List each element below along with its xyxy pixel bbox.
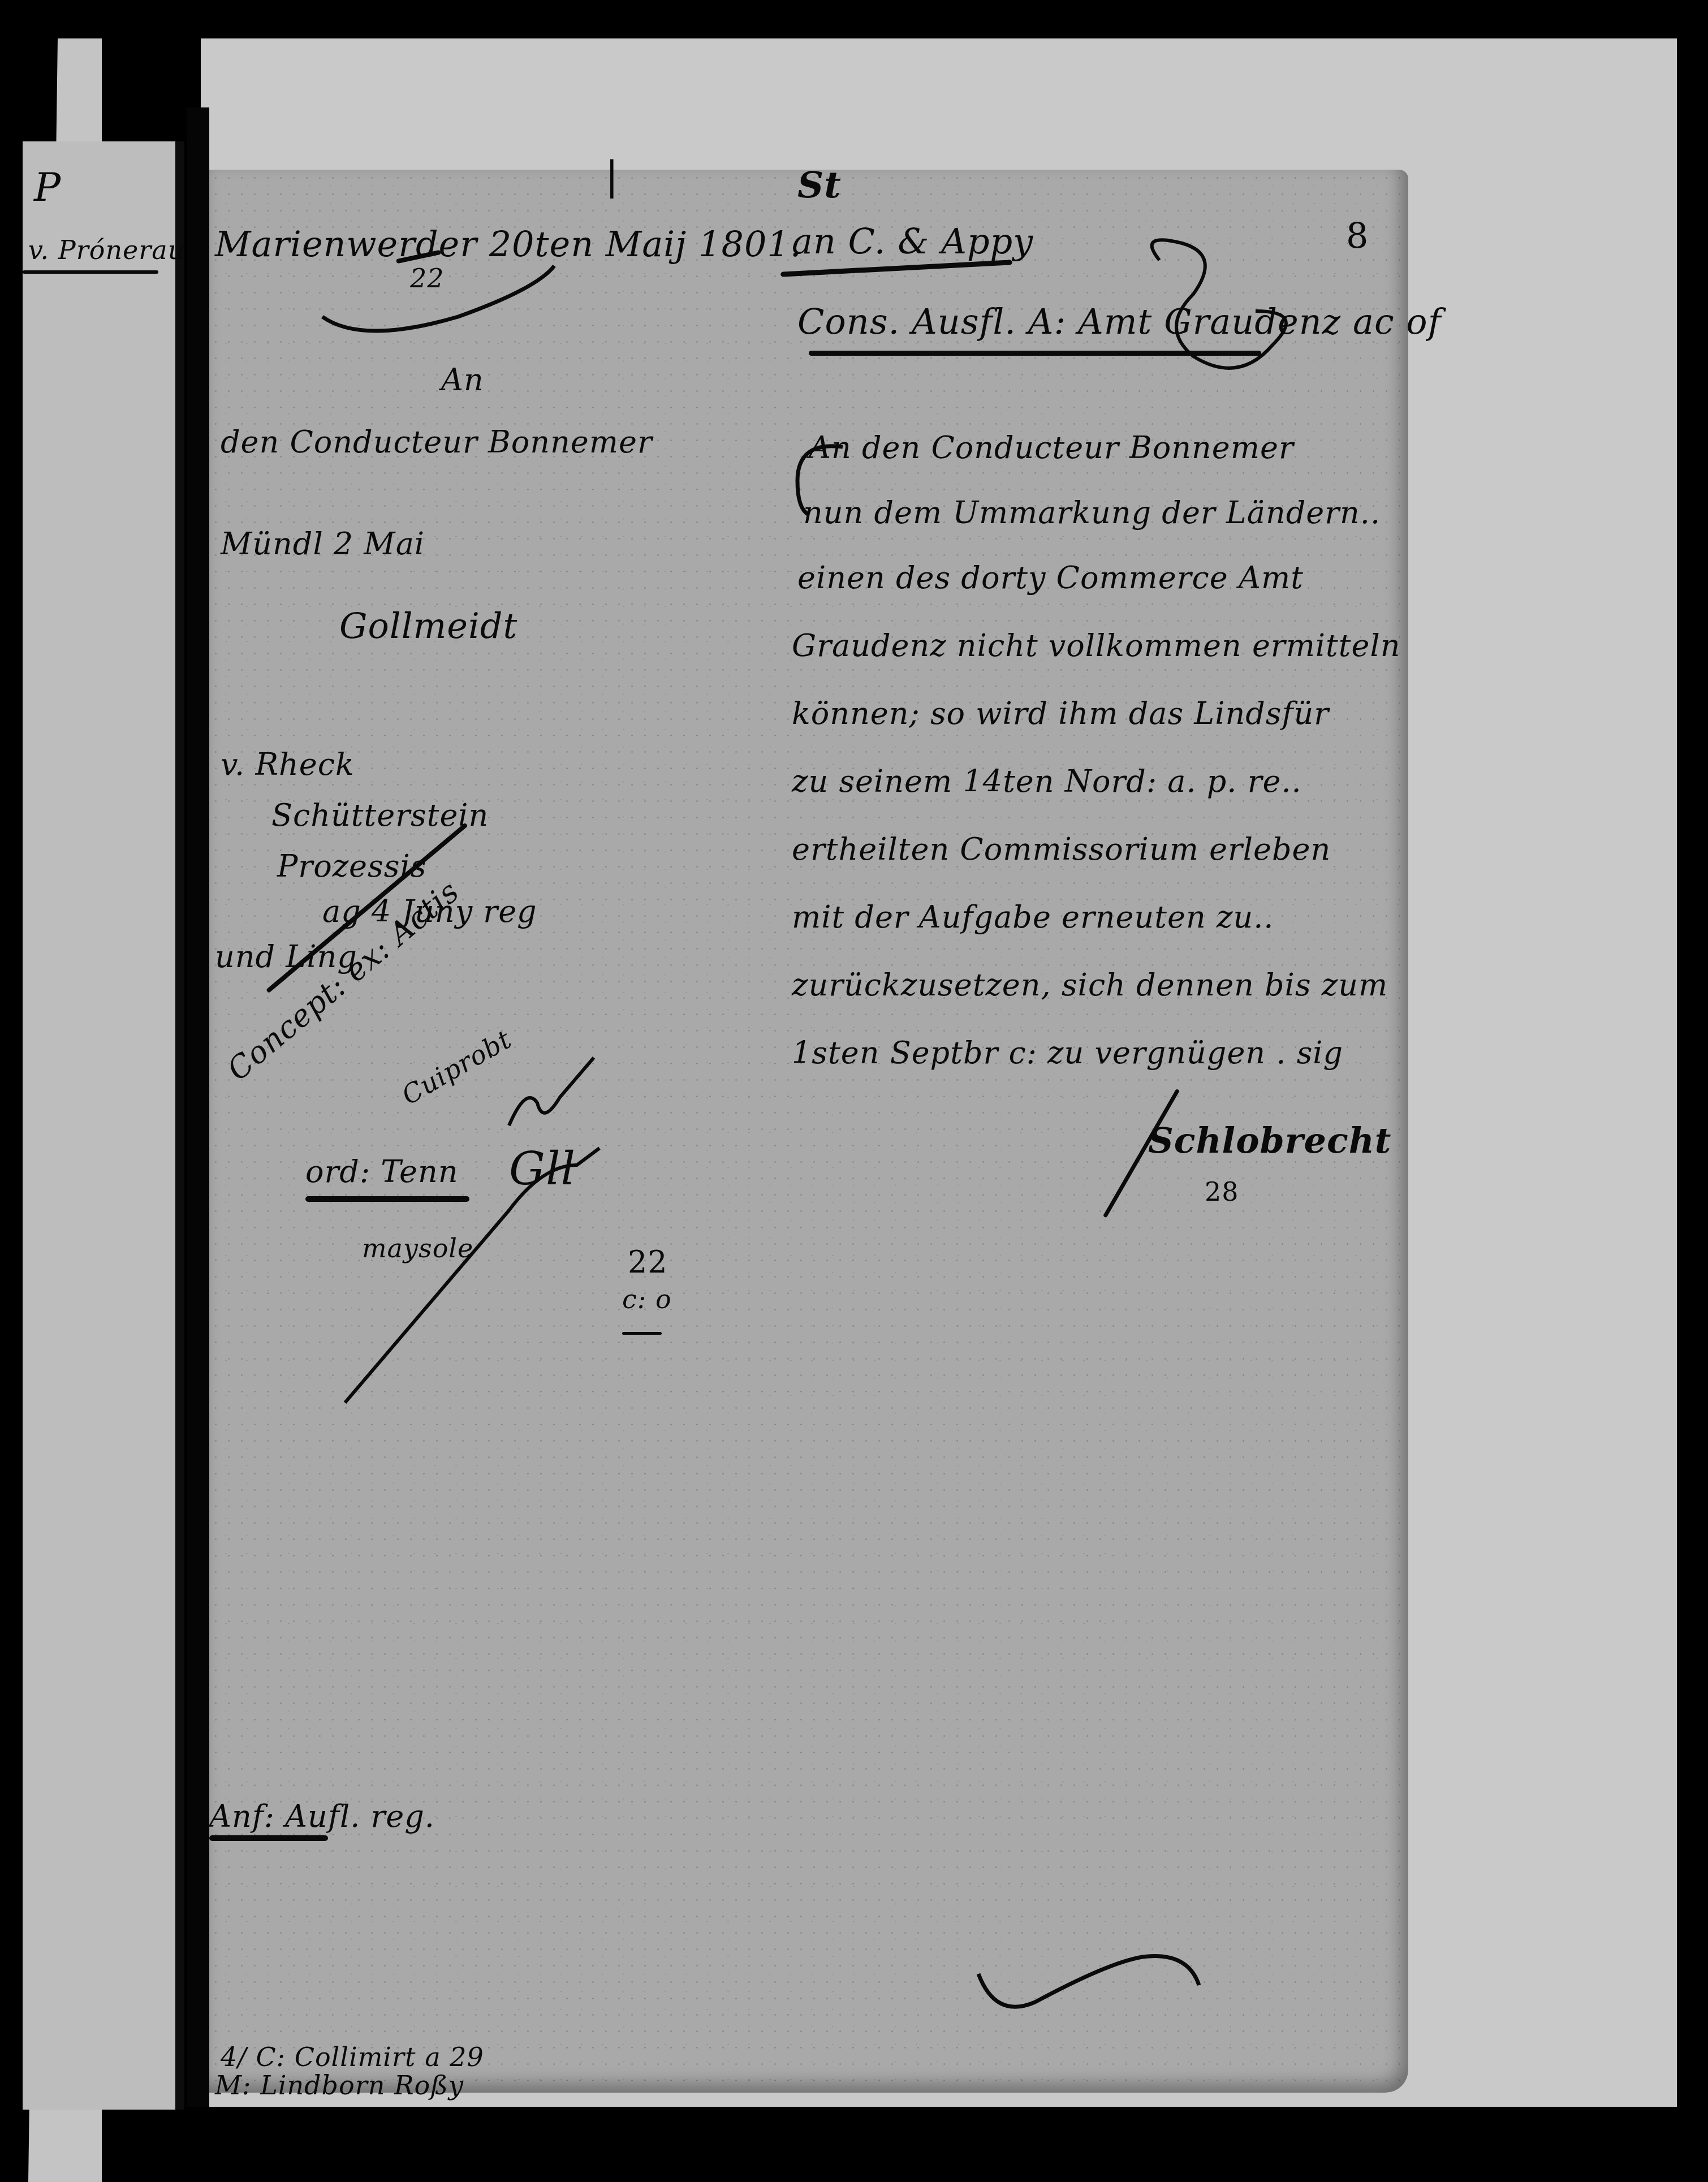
body-line-7: ertheilten Commissorium erleben [792,831,1331,867]
body-line-4: Graudenz nicht vollkommen ermitteln [792,628,1401,663]
folio-number: 8 [1346,215,1369,256]
body-line-10: 1sten Septbr c: zu vergnügen . sig [792,1035,1343,1071]
scan-bottom-edge [187,2107,1708,2182]
document-page: Marienwerder 20ten Maij 1801. 22 | St an… [209,170,1408,2093]
footer-line-1: 4/ C: Collimirt a 29 [221,2042,484,2072]
note-line: Mündl 2 Mai [221,526,425,562]
body-line-3: einen des dorty Commerce Amt [797,560,1304,596]
right-heading-rule-1 [780,260,1012,277]
binding-spine [187,107,209,2110]
footer-line-2: M: Lindborn Roßy [215,2070,464,2101]
body-line-2: nun dem Ummarkung der Ländern.. [803,495,1381,531]
registry-note: Anf: Aufl. reg. [209,1799,435,1834]
heading-flourish [311,255,628,339]
signature-number: 28 [1205,1176,1239,1207]
left-sheet-rule [23,270,158,274]
left-folded-sheet: P v. Prónerau [23,141,184,2110]
right-heading-line2: Cons. Ausfl. A: Amt Graudenz ac of [797,301,1442,342]
annotation-line-1: v. Rheck [221,747,355,782]
addressee: den Conducteur Bonnemer [221,424,653,460]
abbrev-underline [622,1332,662,1335]
check-mark-flourish [503,1052,605,1131]
body-line-5: können; so wird ihm das Lindsfür [792,696,1329,731]
initials-flourish [339,1142,622,1414]
left-abbrev: c: o [622,1284,672,1314]
annotation-line-2: Schütterstein [271,797,489,833]
stamp-mark: St [797,164,842,206]
right-heading-line1: an C. & Appy [792,221,1033,262]
left-number: 22 [628,1244,668,1280]
heading-tick-mark: | [605,153,619,199]
signature-1: Gollmeidt [339,605,517,646]
body-line-8: mit der Aufgabe erneuten zu.. [792,899,1274,935]
left-sheet-top-fragment: P [34,164,61,210]
bottom-flourish [973,1951,1210,2030]
initials: Gll [509,1142,576,1195]
body-signature: Schlobrecht [1148,1120,1391,1161]
body-line-9: zurückzusetzen, sich dennen bis zum [792,967,1388,1003]
side-note: Cuiprobt [396,1024,517,1111]
addressee-prefix: An [441,362,484,398]
right-heading-flourish [1125,226,1340,407]
body-line-6: zu seinem 14ten Nord: a. p. re.. [792,764,1302,799]
left-sheet-margin-note: v. Prónerau [28,235,185,265]
body-line-1: An den Conducteur Bonnemer [809,430,1294,465]
registry-rule [209,1835,328,1841]
